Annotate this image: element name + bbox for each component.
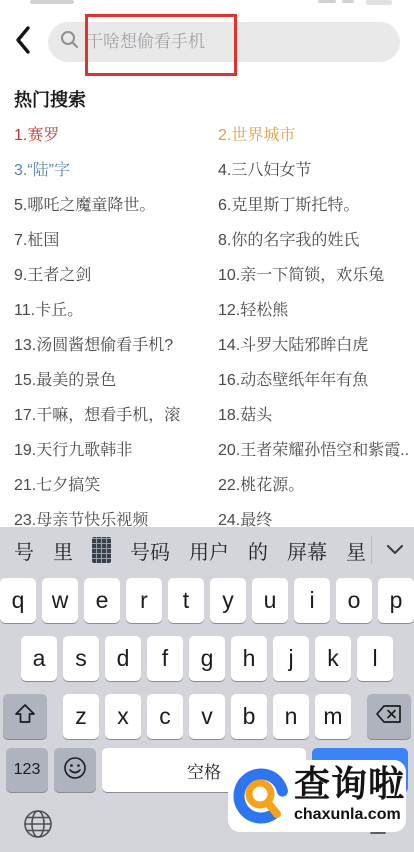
candidate-divider [371, 536, 372, 564]
key-d[interactable]: d [105, 636, 141, 681]
hot-search-rank: 6. [218, 197, 231, 214]
hot-search-item[interactable]: 19.天行九歌韩非 [14, 437, 218, 460]
hot-search-text: 桃花源。 [240, 477, 304, 494]
search-input[interactable] [86, 32, 388, 52]
hot-search-item[interactable]: 11.卡丘。 [14, 297, 218, 320]
watermark-url: chaxunla.com [294, 806, 406, 824]
hot-search-text: 动态壁纸年年有魚 [240, 372, 368, 389]
hot-search-item[interactable]: 24.最终 [218, 507, 408, 530]
candidate-word[interactable]: 号 [14, 536, 34, 565]
hot-search-rank: 12. [218, 302, 240, 319]
hot-search-rank: 5. [14, 197, 27, 214]
keyboard-row-3-letters: zxcvbnm [0, 694, 414, 739]
hot-search-rank: 13. [14, 337, 36, 354]
candidate-word[interactable]: 用户 [189, 536, 229, 565]
hot-search-rank: 14. [218, 337, 240, 354]
hot-search-rank: 8. [218, 232, 231, 249]
hot-search-text: 哪吒之魔童降世。 [27, 197, 155, 214]
key-w[interactable]: w [42, 578, 78, 623]
candidate-bar: 号里号码用户的屏幕星 [0, 528, 368, 572]
hot-search-item[interactable]: 16.动态壁纸年年有魚 [218, 367, 408, 390]
hot-search-text: 王者荣耀孙悟空和紫霞... [240, 442, 408, 459]
backspace-key[interactable] [367, 694, 411, 739]
hot-search-item[interactable]: 4.三八妇女节 [218, 157, 408, 180]
hot-search-text: 卡丘。 [35, 302, 83, 319]
hot-search-rank: 11. [14, 302, 35, 319]
emoji-key[interactable] [54, 748, 96, 792]
key-g[interactable]: g [189, 636, 225, 681]
hot-search-item[interactable]: 2.世界城市 [218, 122, 408, 145]
globe-key[interactable] [20, 808, 56, 844]
hot-search-text: 七夕搞笑 [36, 477, 100, 494]
key-b[interactable]: b [231, 694, 267, 739]
hot-search-item[interactable]: 14.斗罗大陆邪眸白虎 [218, 332, 408, 355]
hot-search-item[interactable]: 8.你的名字我的姓氏 [218, 227, 408, 250]
hot-search-rank: 4. [218, 162, 231, 179]
candidate-word[interactable]: 的 [248, 536, 268, 565]
hot-search-text: 王者之剑 [27, 267, 91, 284]
hot-search-text: 赛罗 [27, 127, 59, 144]
status-wifi-remnant [342, 0, 354, 3]
key-e[interactable]: e [84, 578, 120, 623]
hot-search-text: 最美的景色 [36, 372, 116, 389]
backspace-icon [376, 704, 402, 729]
status-battery-remnant [366, 0, 392, 5]
hot-search-text: 最终 [240, 512, 272, 529]
key-r[interactable]: r [126, 578, 162, 623]
hot-search-rank: 9. [14, 267, 27, 284]
hot-search-text: “陆”字 [27, 162, 70, 179]
hot-search-rank: 23. [14, 512, 36, 529]
key-f[interactable]: f [147, 636, 183, 681]
hot-search-rank: 1. [14, 127, 27, 144]
hot-search-rank: 18. [218, 407, 240, 424]
back-button[interactable] [10, 24, 36, 60]
candidate-word[interactable]: 号码 [130, 536, 170, 565]
candidate-word[interactable]: 里 [53, 536, 73, 565]
key-a[interactable]: a [21, 636, 57, 681]
hot-search-text: 柾国 [27, 232, 59, 249]
hot-search-item[interactable]: 20.王者荣耀孙悟空和紫霞... [218, 437, 408, 460]
key-v[interactable]: v [189, 694, 225, 739]
hot-search-item[interactable]: 1.赛罗 [14, 122, 218, 145]
hot-search-text: 天行九歌韩非 [36, 442, 132, 459]
hot-search-rank: 15. [14, 372, 36, 389]
hot-search-item[interactable]: 6.克里斯丁斯托特。 [218, 192, 408, 215]
hot-search-rank: 21. [14, 477, 36, 494]
hot-search-text: 斗罗大陆邪眸白虎 [240, 337, 368, 354]
status-signal-remnant [318, 0, 336, 3]
hot-search-list: 1.赛罗2.世界城市3.“陆”字4.三八妇女节5.哪吒之魔童降世。6.克里斯丁斯… [14, 116, 408, 536]
hot-search-text: 干嘛，想看手机，滚 [36, 407, 180, 424]
hot-search-item[interactable]: 17.干嘛，想看手机，滚 [14, 402, 218, 425]
hot-search-rank: 10. [218, 267, 240, 284]
key-z[interactable]: z [63, 694, 99, 739]
hot-search-text: 三八妇女节 [231, 162, 311, 179]
key-i[interactable]: i [294, 578, 330, 623]
hot-search-text: 菇头 [240, 407, 272, 424]
hot-search-item[interactable]: 9.王者之剑 [14, 262, 218, 285]
keyboard-row-1: qwertyuiop [0, 578, 414, 623]
hot-search-item[interactable]: 10.亲一下简锁，欢乐兔 [218, 262, 408, 285]
hot-search-text: 世界城市 [231, 127, 295, 144]
numbers-key[interactable]: 123 [6, 748, 48, 792]
hot-search-rank: 16. [218, 372, 240, 389]
key-c[interactable]: c [147, 694, 183, 739]
keyboard-row-2: asdfghjkl [0, 636, 414, 681]
hot-search-text: 克里斯丁斯托特。 [231, 197, 359, 214]
hot-search-item[interactable]: 18.菇头 [218, 402, 408, 425]
key-p[interactable]: p [378, 578, 414, 623]
key-l[interactable]: l [357, 636, 393, 681]
key-t[interactable]: t [168, 578, 204, 623]
globe-icon [23, 809, 53, 844]
hot-search-item[interactable]: 15.最美的景色 [14, 367, 218, 390]
building-emoji-candidate[interactable] [92, 537, 111, 563]
hot-search-item[interactable]: 21.七夕搞笑 [14, 472, 218, 495]
hot-search-text: 汤圆酱想偷看手机? [36, 337, 173, 354]
candidate-word[interactable]: 屏幕 [287, 536, 327, 565]
key-n[interactable]: n [273, 694, 309, 739]
hot-search-text: 轻松熊 [240, 302, 288, 319]
key-h[interactable]: h [231, 636, 267, 681]
key-q[interactable]: q [0, 578, 36, 623]
key-s[interactable]: s [63, 636, 99, 681]
candidate-expand-button[interactable] [376, 528, 414, 572]
key-j[interactable]: j [273, 636, 309, 681]
chaxunla-logo-icon [230, 764, 294, 833]
hot-search-item[interactable]: 23.母亲节快乐视频 [14, 507, 218, 530]
hot-search-rank: 17. [14, 407, 36, 424]
key-o[interactable]: o [336, 578, 372, 623]
key-y[interactable]: y [210, 578, 246, 623]
hot-search-item[interactable]: 7.柾国 [14, 227, 218, 250]
hot-search-item[interactable]: 13.汤圆酱想偷看手机? [14, 332, 218, 355]
watermark: 查询啦 chaxunla.com [228, 760, 406, 832]
key-x[interactable]: x [105, 694, 141, 739]
hot-search-item[interactable]: 22.桃花源。 [218, 472, 408, 495]
hot-search-rank: 2. [218, 127, 231, 144]
hot-search-item[interactable]: 12.轻松熊 [218, 297, 408, 320]
smiley-icon [63, 756, 87, 785]
status-time-remnant [30, 0, 74, 4]
hot-search-item[interactable]: 5.哪吒之魔童降世。 [14, 192, 218, 215]
hot-search-rank: 22. [218, 477, 240, 494]
candidate-word[interactable]: 星 [346, 536, 366, 565]
hot-search-rank: 19. [14, 442, 36, 459]
hot-search-rank: 3. [14, 162, 27, 179]
hot-search-text: 你的名字我的姓氏 [231, 232, 359, 249]
key-u[interactable]: u [252, 578, 288, 623]
key-k[interactable]: k [315, 636, 351, 681]
hot-search-rank: 24. [218, 512, 240, 529]
hot-search-text: 亲一下简锁，欢乐兔 [240, 267, 384, 284]
chevron-left-icon [15, 26, 31, 59]
hot-search-title: 热门搜索 [14, 86, 86, 112]
keyboard-row-3: zxcvbnm [0, 694, 414, 739]
key-m[interactable]: m [315, 694, 351, 739]
chevron-down-icon [387, 541, 403, 559]
watermark-brand: 查询啦 [294, 760, 406, 808]
hot-search-rank: 20. [218, 442, 240, 459]
search-bar[interactable] [48, 22, 400, 62]
search-icon [60, 30, 86, 54]
hot-search-rank: 7. [14, 232, 27, 249]
hot-search-item[interactable]: 3.“陆”字 [14, 157, 218, 180]
hot-search-text: 母亲节快乐视频 [36, 512, 148, 529]
